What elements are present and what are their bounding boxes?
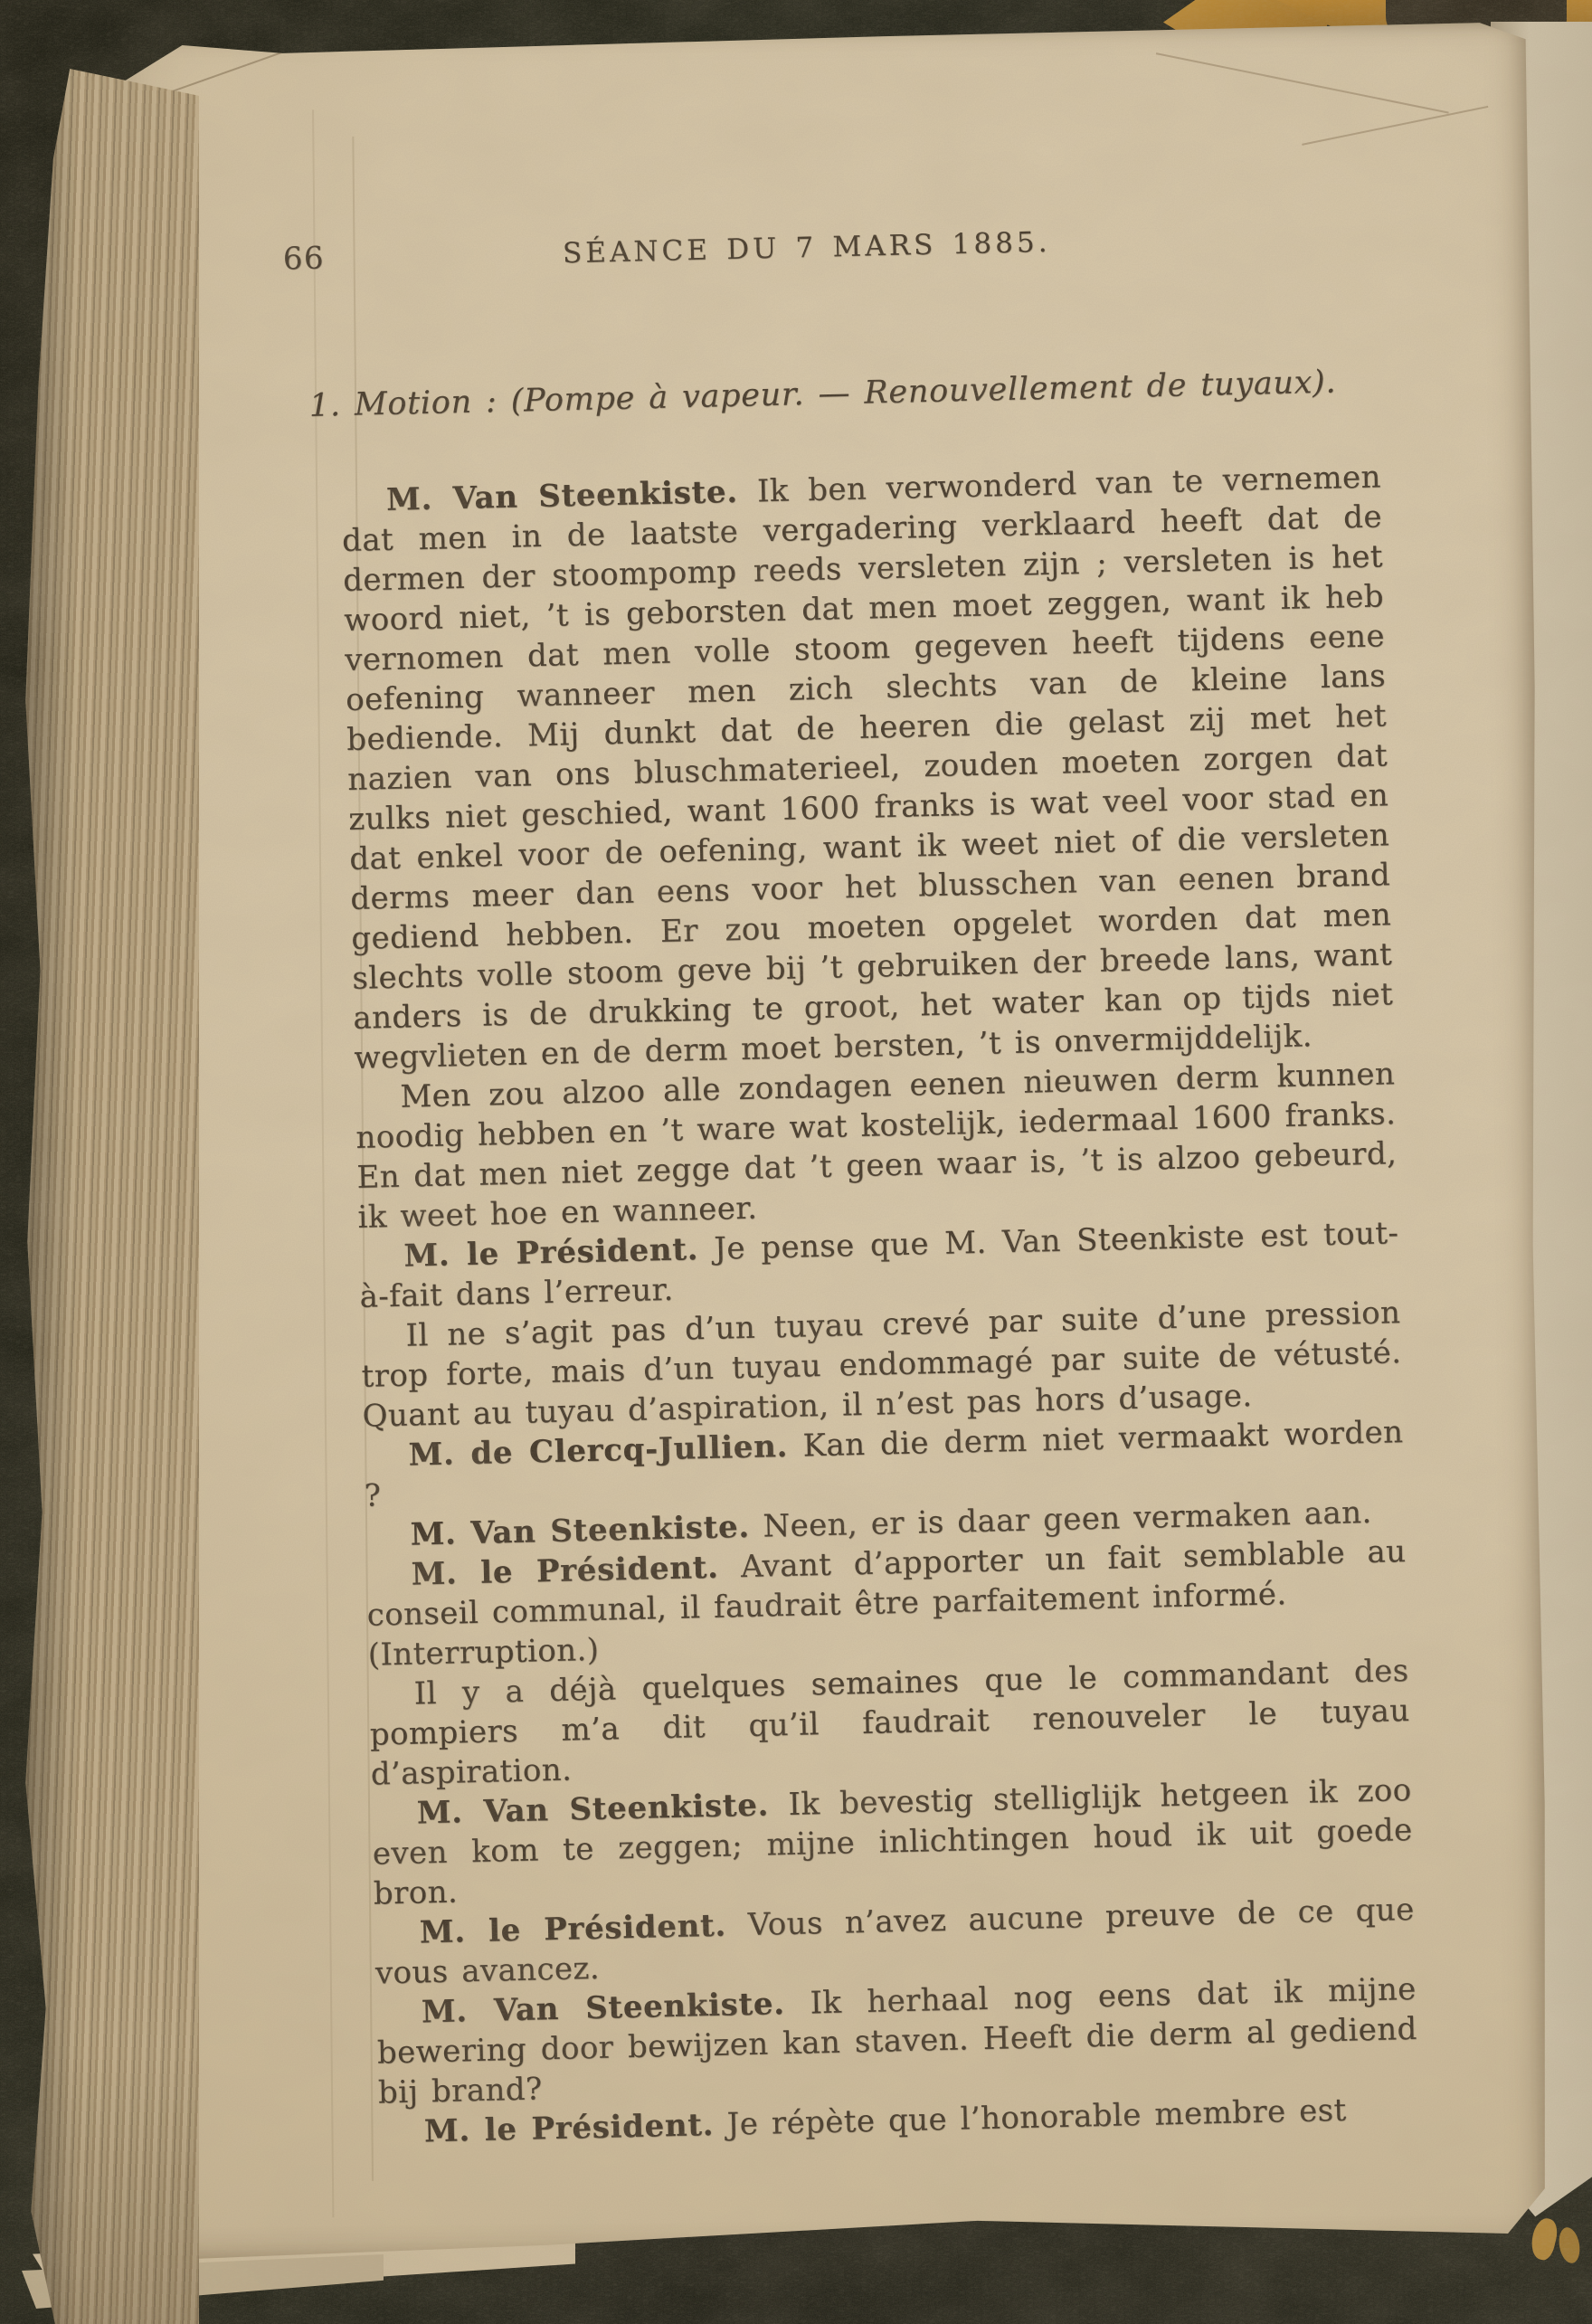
paragraph-text: (Interruption.) [367,1632,600,1674]
corner-fold-line [155,45,300,99]
paragraph-text: Ik ben verwonderd van te vernemen dat me… [342,459,1394,1077]
paragraph: M. Van Steenkiste. Ik bevestig stelligli… [371,1770,1414,1914]
paragraph: Il ne s’agit pas d’un tuyau crevé par su… [360,1293,1403,1437]
speaker-name: M. Van Steenkiste. [421,1986,785,2030]
running-header-title: SÉANCE DU 7 MARS 1885. [563,223,1051,274]
speaker-name: M. Van Steenkiste. [416,1787,769,1831]
paper-crease [312,109,334,2217]
paragraph-text: Men zou alzoo alle zondagen eenen nieuwe… [355,1056,1398,1236]
binding-fragment [1557,2225,1583,2264]
paragraph-text: Il ne s’agit pas d’un tuyau crevé par su… [361,1295,1402,1435]
speaker-name: M. Van Steenkiste. [410,1509,750,1553]
speaker-name: M. de Clercq-Jullien. [408,1428,788,1474]
speaker-name: M. le Président. [411,1550,719,1593]
page-number: 66 [282,238,325,279]
motion-title: 1. Motion : (Pompe à vapeur. — Renouvell… [302,362,1343,426]
speaker-name: M. Van Steenkiste. [386,474,739,518]
speaker-name: M. le Président. [424,2107,715,2149]
speaker-name: M. le Président. [419,1908,726,1951]
paper-crease [1156,52,1449,113]
book-page: 66 SÉANCE DU 7 MARS 1885. 1. Motion : (P… [96,16,1551,2264]
running-head: 66 SÉANCE DU 7 MARS 1885. [282,213,1376,280]
paper-crease [1302,106,1488,146]
paragraph: Il y a déjà quelques semaines que le com… [368,1651,1411,1795]
paragraph: M. Van Steenkiste. Ik ben verwonderd van… [341,457,1395,1078]
paragraph: M. Van Steenkiste. Ik herhaal nog eens d… [375,1969,1418,2113]
minutes-text: M. Van Steenkiste. Ik ben verwonderd van… [341,457,1420,2152]
paragraph-text: Il y a déjà quelques semaines que le com… [369,1653,1410,1793]
fore-edge-leaf-stack [14,69,199,2324]
book-photo: 66 SÉANCE DU 7 MARS 1885. 1. Motion : (P… [0,0,1592,2324]
binding-fragment [1528,2216,1560,2262]
speaker-name: M. le Président. [403,1231,698,1275]
paragraph: Men zou alzoo alle zondagen eenen nieuwe… [355,1054,1398,1238]
printed-text-block: 66 SÉANCE DU 7 MARS 1885. 1. Motion : (P… [335,213,1419,2152]
